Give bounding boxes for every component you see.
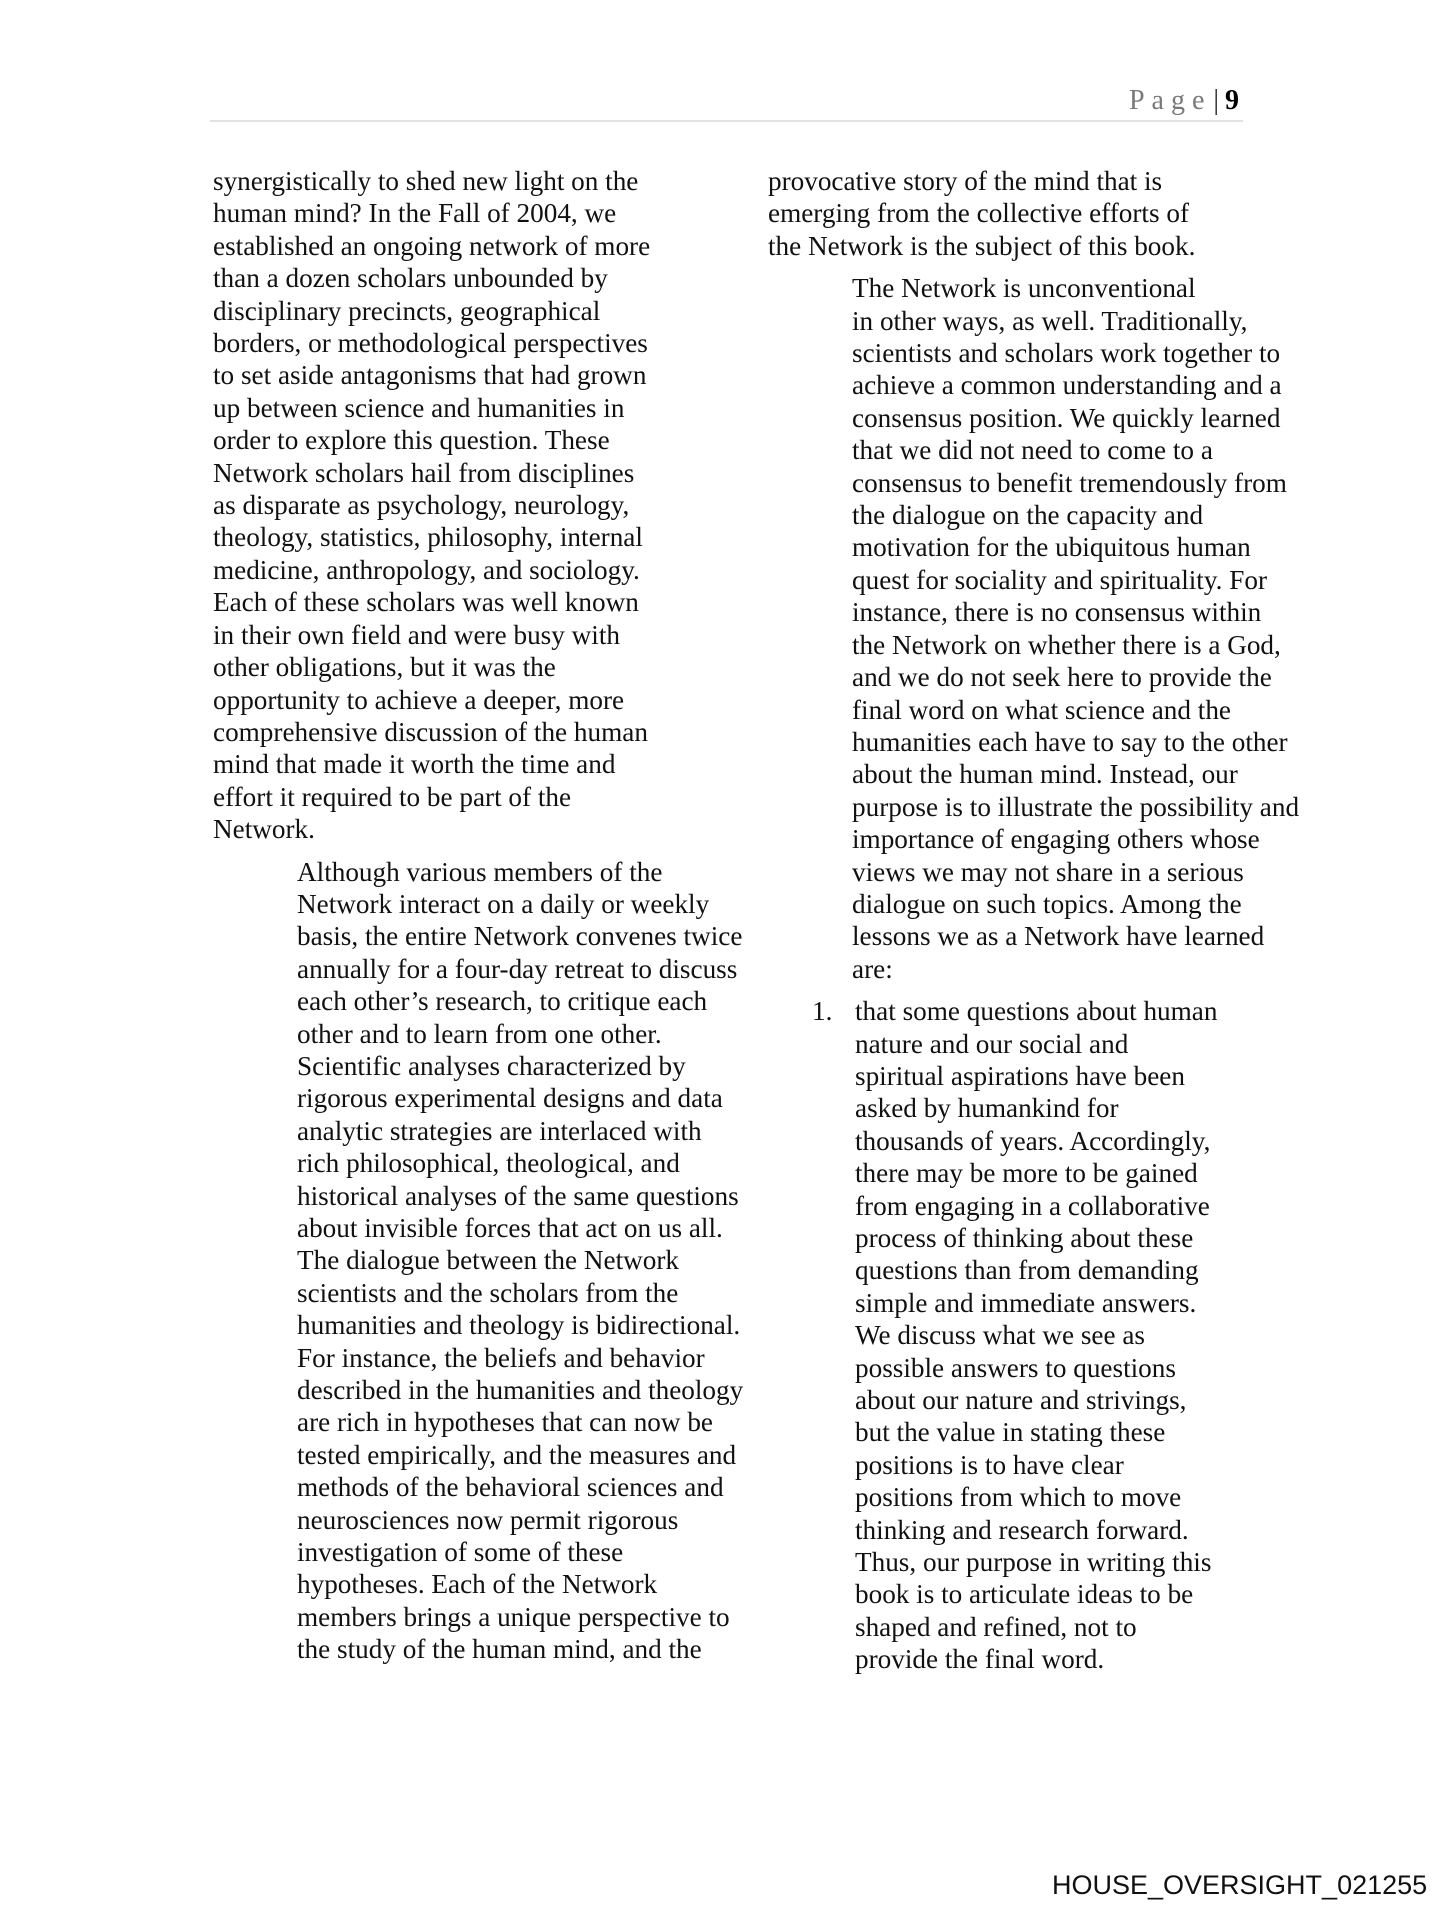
text-line: the Network on whether there is a God, [768, 629, 1248, 661]
text-line: about the human mind. Instead, our [768, 758, 1248, 790]
text-line: instance, there is no consensus within [768, 596, 1248, 628]
text-line: We discuss what we see as [855, 1319, 1248, 1351]
text-line: provide the final word. [855, 1643, 1248, 1675]
text-line: comprehensive discussion of the human [213, 716, 683, 748]
text-line: provocative story of the mind that is [768, 165, 1248, 197]
list-item: 1. that some questions about humannature… [855, 995, 1248, 1676]
text-line: scientists and scholars work together to [768, 337, 1248, 369]
text-line: the Network is the subject of this book. [768, 230, 1248, 262]
text-line: that some questions about human [855, 995, 1248, 1027]
text-line: opportunity to achieve a deeper, more [213, 684, 683, 716]
text-line: motivation for the ubiquitous human [768, 531, 1248, 563]
text-line: Although various members of the [213, 856, 683, 888]
text-line: thinking and research forward. [855, 1514, 1248, 1546]
text-line: lessons we as a Network have learned [768, 920, 1248, 952]
text-line: Network interact on a daily or weekly [213, 888, 683, 920]
text-line: about invisible forces that act on us al… [213, 1212, 683, 1244]
page-label: Page [1129, 85, 1211, 116]
text-line: possible answers to questions [855, 1352, 1248, 1384]
text-line: final word on what science and the [768, 694, 1248, 726]
right-column: provocative story of the mind that iseme… [768, 165, 1248, 1676]
text-line: The dialogue between the Network [213, 1244, 683, 1276]
text-line: and we do not seek here to provide the [768, 661, 1248, 693]
text-line: emerging from the collective efforts of [768, 197, 1248, 229]
text-line: are rich in hypotheses that can now be [213, 1406, 683, 1438]
text-line: humanities each have to say to the other [768, 726, 1248, 758]
paragraph: The Network is unconventionalin other wa… [768, 272, 1248, 985]
text-line: positions from which to move [855, 1481, 1248, 1513]
text-line: rich philosophical, theological, and [213, 1147, 683, 1179]
text-line: humanities and theology is bidirectional… [213, 1309, 683, 1341]
text-line: Each of these scholars was well known [213, 586, 683, 618]
text-line: but the value in stating these [855, 1416, 1248, 1448]
text-line: annually for a four-day retreat to discu… [213, 953, 683, 985]
text-line: historical analyses of the same question… [213, 1180, 683, 1212]
text-line: neurosciences now permit rigorous [213, 1504, 683, 1536]
text-line: importance of engaging others whose [768, 823, 1248, 855]
text-line: theology, statistics, philosophy, intern… [213, 521, 683, 553]
text-line: in other ways, as well. Traditionally, [768, 305, 1248, 337]
text-line: as disparate as psychology, neurology, [213, 489, 683, 521]
text-line: described in the humanities and theology [213, 1374, 683, 1406]
text-line: consensus position. We quickly learned [768, 402, 1248, 434]
text-line: from engaging in a collaborative [855, 1190, 1248, 1222]
text-line: thousands of years. Accordingly, [855, 1125, 1248, 1157]
text-line: mind that made it worth the time and [213, 748, 683, 780]
text-line: are: [768, 953, 1248, 985]
text-line: the dialogue on the capacity and [768, 499, 1248, 531]
text-line: methods of the behavioral sciences and [213, 1471, 683, 1503]
text-line: medicine, anthropology, and sociology. [213, 554, 683, 586]
text-line: asked by humankind for [855, 1092, 1248, 1124]
text-line: Network. [213, 813, 683, 845]
paragraph: Although various members of theNetwork i… [213, 856, 683, 1666]
text-line: questions than from demanding [855, 1254, 1248, 1286]
text-line: simple and immediate answers. [855, 1287, 1248, 1319]
text-line: effort it required to be part of the [213, 781, 683, 813]
list-item-text: that some questions about humannature an… [855, 995, 1248, 1676]
text-line: other and to learn from one other. [213, 1018, 683, 1050]
text-line: up between science and humanities in [213, 392, 683, 424]
text-line: book is to articulate ideas to be [855, 1578, 1248, 1610]
text-line: established an ongoing network of more [213, 230, 683, 262]
text-line: process of thinking about these [855, 1222, 1248, 1254]
text-line: Thus, our purpose in writing this [855, 1546, 1248, 1578]
text-line: there may be more to be gained [855, 1157, 1248, 1189]
paragraph: synergistically to shed new light on the… [213, 165, 683, 846]
text-line: than a dozen scholars unbounded by [213, 262, 683, 294]
text-line: dialogue on such topics. Among the [768, 888, 1248, 920]
list-item-number: 1. [812, 995, 832, 1027]
text-line: basis, the entire Network convenes twice [213, 920, 683, 952]
text-line: tested empirically, and the measures and [213, 1439, 683, 1471]
left-column: synergistically to shed new light on the… [213, 165, 683, 1666]
text-line: hypotheses. Each of the Network [213, 1568, 683, 1600]
text-line: other obligations, but it was the [213, 651, 683, 683]
text-line: borders, or methodological perspectives [213, 327, 683, 359]
text-line: views we may not share in a serious [768, 856, 1248, 888]
text-line: rigorous experimental designs and data [213, 1082, 683, 1114]
text-line: consensus to benefit tremendously from [768, 467, 1248, 499]
text-line: Scientific analyses characterized by [213, 1050, 683, 1082]
text-line: scientists and the scholars from the [213, 1277, 683, 1309]
text-line: achieve a common understanding and a [768, 369, 1248, 401]
text-line: each other’s research, to critique each [213, 985, 683, 1017]
text-line: For instance, the beliefs and behavior [213, 1342, 683, 1374]
header-separator: | [1213, 85, 1219, 116]
paragraph: provocative story of the mind that iseme… [768, 165, 1248, 262]
text-line: quest for sociality and spirituality. Fo… [768, 564, 1248, 596]
text-line: that we did not need to come to a [768, 434, 1248, 466]
bates-stamp: HOUSE_OVERSIGHT_021255 [1052, 1870, 1427, 1901]
text-line: positions is to have clear [855, 1449, 1248, 1481]
text-line: Network scholars hail from disciplines [213, 457, 683, 489]
text-line: to set aside antagonisms that had grown [213, 359, 683, 391]
text-line: investigation of some of these [213, 1536, 683, 1568]
text-line: about our nature and strivings, [855, 1384, 1248, 1416]
text-line: purpose is to illustrate the possibility… [768, 791, 1248, 823]
page-number: 9 [1225, 85, 1239, 116]
text-line: analytic strategies are interlaced with [213, 1115, 683, 1147]
text-line: synergistically to shed new light on the [213, 165, 683, 197]
header-rule [210, 120, 1243, 122]
text-line: in their own field and were busy with [213, 619, 683, 651]
text-line: members brings a unique perspective to [213, 1601, 683, 1633]
text-line: shaped and refined, not to [855, 1611, 1248, 1643]
page-header: Page|9 [1129, 84, 1239, 118]
text-line: human mind? In the Fall of 2004, we [213, 197, 683, 229]
text-line: spiritual aspirations have been [855, 1060, 1248, 1092]
text-line: the study of the human mind, and the [213, 1633, 683, 1665]
text-line: nature and our social and [855, 1028, 1248, 1060]
text-line: The Network is unconventional [768, 272, 1248, 304]
text-line: order to explore this question. These [213, 424, 683, 456]
numbered-list: 1. that some questions about humannature… [768, 995, 1248, 1676]
text-line: disciplinary precincts, geographical [213, 295, 683, 327]
